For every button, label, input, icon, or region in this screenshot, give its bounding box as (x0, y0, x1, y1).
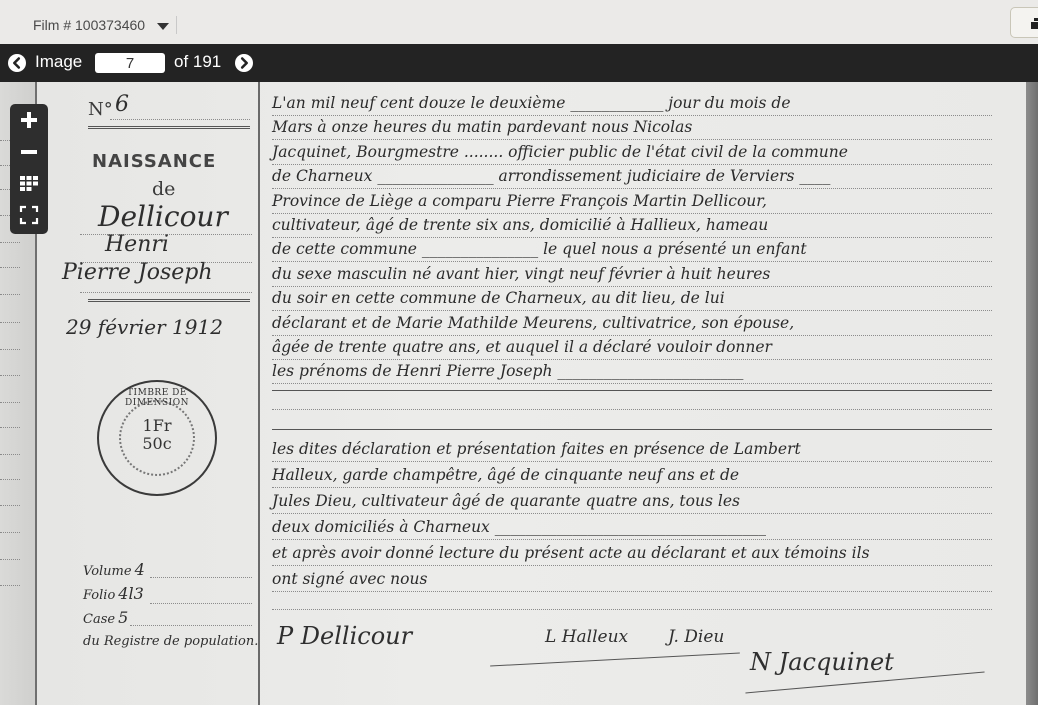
toolbox-icon (1031, 18, 1038, 30)
text-line: cultivateur, âgé de trente six ans, domi… (272, 216, 768, 234)
text-line: Mars à onze heures du matin pardevant no… (272, 118, 692, 136)
image-total: of 191 (174, 52, 221, 72)
zoom-controls (10, 104, 48, 234)
text-line: déclarant et de Marie Mathilde Meurens, … (272, 314, 794, 332)
text-line: les prénoms de Henri Pierre Joseph _____… (272, 362, 743, 380)
text-line: Jacquinet, Bourgmestre ........ officier… (272, 143, 848, 161)
image-number-input[interactable] (95, 53, 165, 73)
tax-stamp: TIMBRE DE DIMENSION 1Fr 50c (97, 380, 217, 496)
text-line: ont signé avec nous (272, 570, 427, 588)
register-footer: du Registre de population. (83, 634, 258, 649)
text-line: du soir en cette commune de Charneux, au… (272, 289, 725, 307)
text-line: deux domiciliés à Charneux _____________… (272, 518, 766, 536)
text-line: âgée de trente quatre ans, et auquel il … (272, 338, 772, 356)
image-viewer[interactable]: N° 6 NAISSANCE de Dellicour Henri Pierre… (0, 82, 1038, 705)
fullscreen-icon (19, 205, 39, 225)
signature-officer: N Jacquinet (750, 648, 894, 676)
text-line: L'an mil neuf cent douze le deuxième ___… (272, 94, 791, 112)
signature-declarant: P Dellicour (277, 622, 412, 650)
tools-button[interactable] (1010, 7, 1038, 38)
top-bar: Film # 100373460 (0, 0, 1038, 44)
image-label: Image (35, 52, 82, 72)
chevron-right-circle-icon (235, 54, 253, 72)
record-number-label: N° (88, 99, 113, 120)
chevron-left-circle-icon (8, 54, 26, 72)
register-case: Case5 (83, 608, 128, 627)
previous-image-button[interactable] (8, 54, 26, 72)
divider (176, 16, 177, 34)
fullscreen-button[interactable] (10, 200, 48, 230)
zoom-out-button[interactable] (10, 137, 48, 167)
plus-icon (19, 110, 39, 130)
film-number: Film # 100373460 (33, 17, 145, 33)
register-folio: Folio4l3 (83, 584, 144, 603)
text-line: et après avoir donné lecture du présent … (272, 544, 870, 562)
birth-date: 29 février 1912 (66, 315, 223, 339)
text-line: Province de Liège a comparu Pierre Franç… (272, 192, 767, 210)
text-line: Halleux, garde champêtre, âgé de cinquan… (272, 466, 739, 484)
record-type-heading: NAISSANCE (92, 151, 216, 172)
text-line: de Charneux _______________ arrondisseme… (272, 167, 830, 185)
grid-view-button[interactable] (10, 168, 48, 198)
child-given-name-1: Henri (105, 232, 169, 257)
stamp-value-2: 50c (99, 434, 215, 453)
text-line: de cette commune _______________ le quel… (272, 240, 807, 258)
image-navigation-bar: Image of 191 (0, 44, 1038, 82)
stamp-value-1: 1Fr (99, 416, 215, 435)
signature-witness-2: J. Dieu (668, 627, 724, 647)
signature-witness-1: L Halleux (545, 627, 628, 647)
child-surname: Dellicour (98, 200, 228, 233)
text-line: les dites déclaration et présentation fa… (272, 440, 801, 458)
caret-down-icon[interactable] (157, 23, 169, 30)
page-edge (1026, 82, 1038, 705)
text-line: Jules Dieu, cultivateur âgé de quarante … (272, 492, 740, 510)
minus-icon (19, 142, 39, 162)
record-de: de (152, 178, 175, 200)
text-line: du sexe masculin né avant hier, vingt ne… (272, 265, 770, 283)
zoom-in-button[interactable] (10, 105, 48, 135)
next-image-button[interactable] (235, 54, 253, 72)
grid-icon (19, 173, 39, 193)
column-divider (258, 82, 260, 705)
stamp-text: TIMBRE DE DIMENSION (111, 388, 203, 408)
record-number: 6 (115, 92, 129, 117)
child-given-name-2: Pierre Joseph (62, 260, 213, 285)
register-volume: Volume4 (83, 560, 145, 579)
film-selector[interactable]: Film # 100373460 (33, 16, 177, 34)
